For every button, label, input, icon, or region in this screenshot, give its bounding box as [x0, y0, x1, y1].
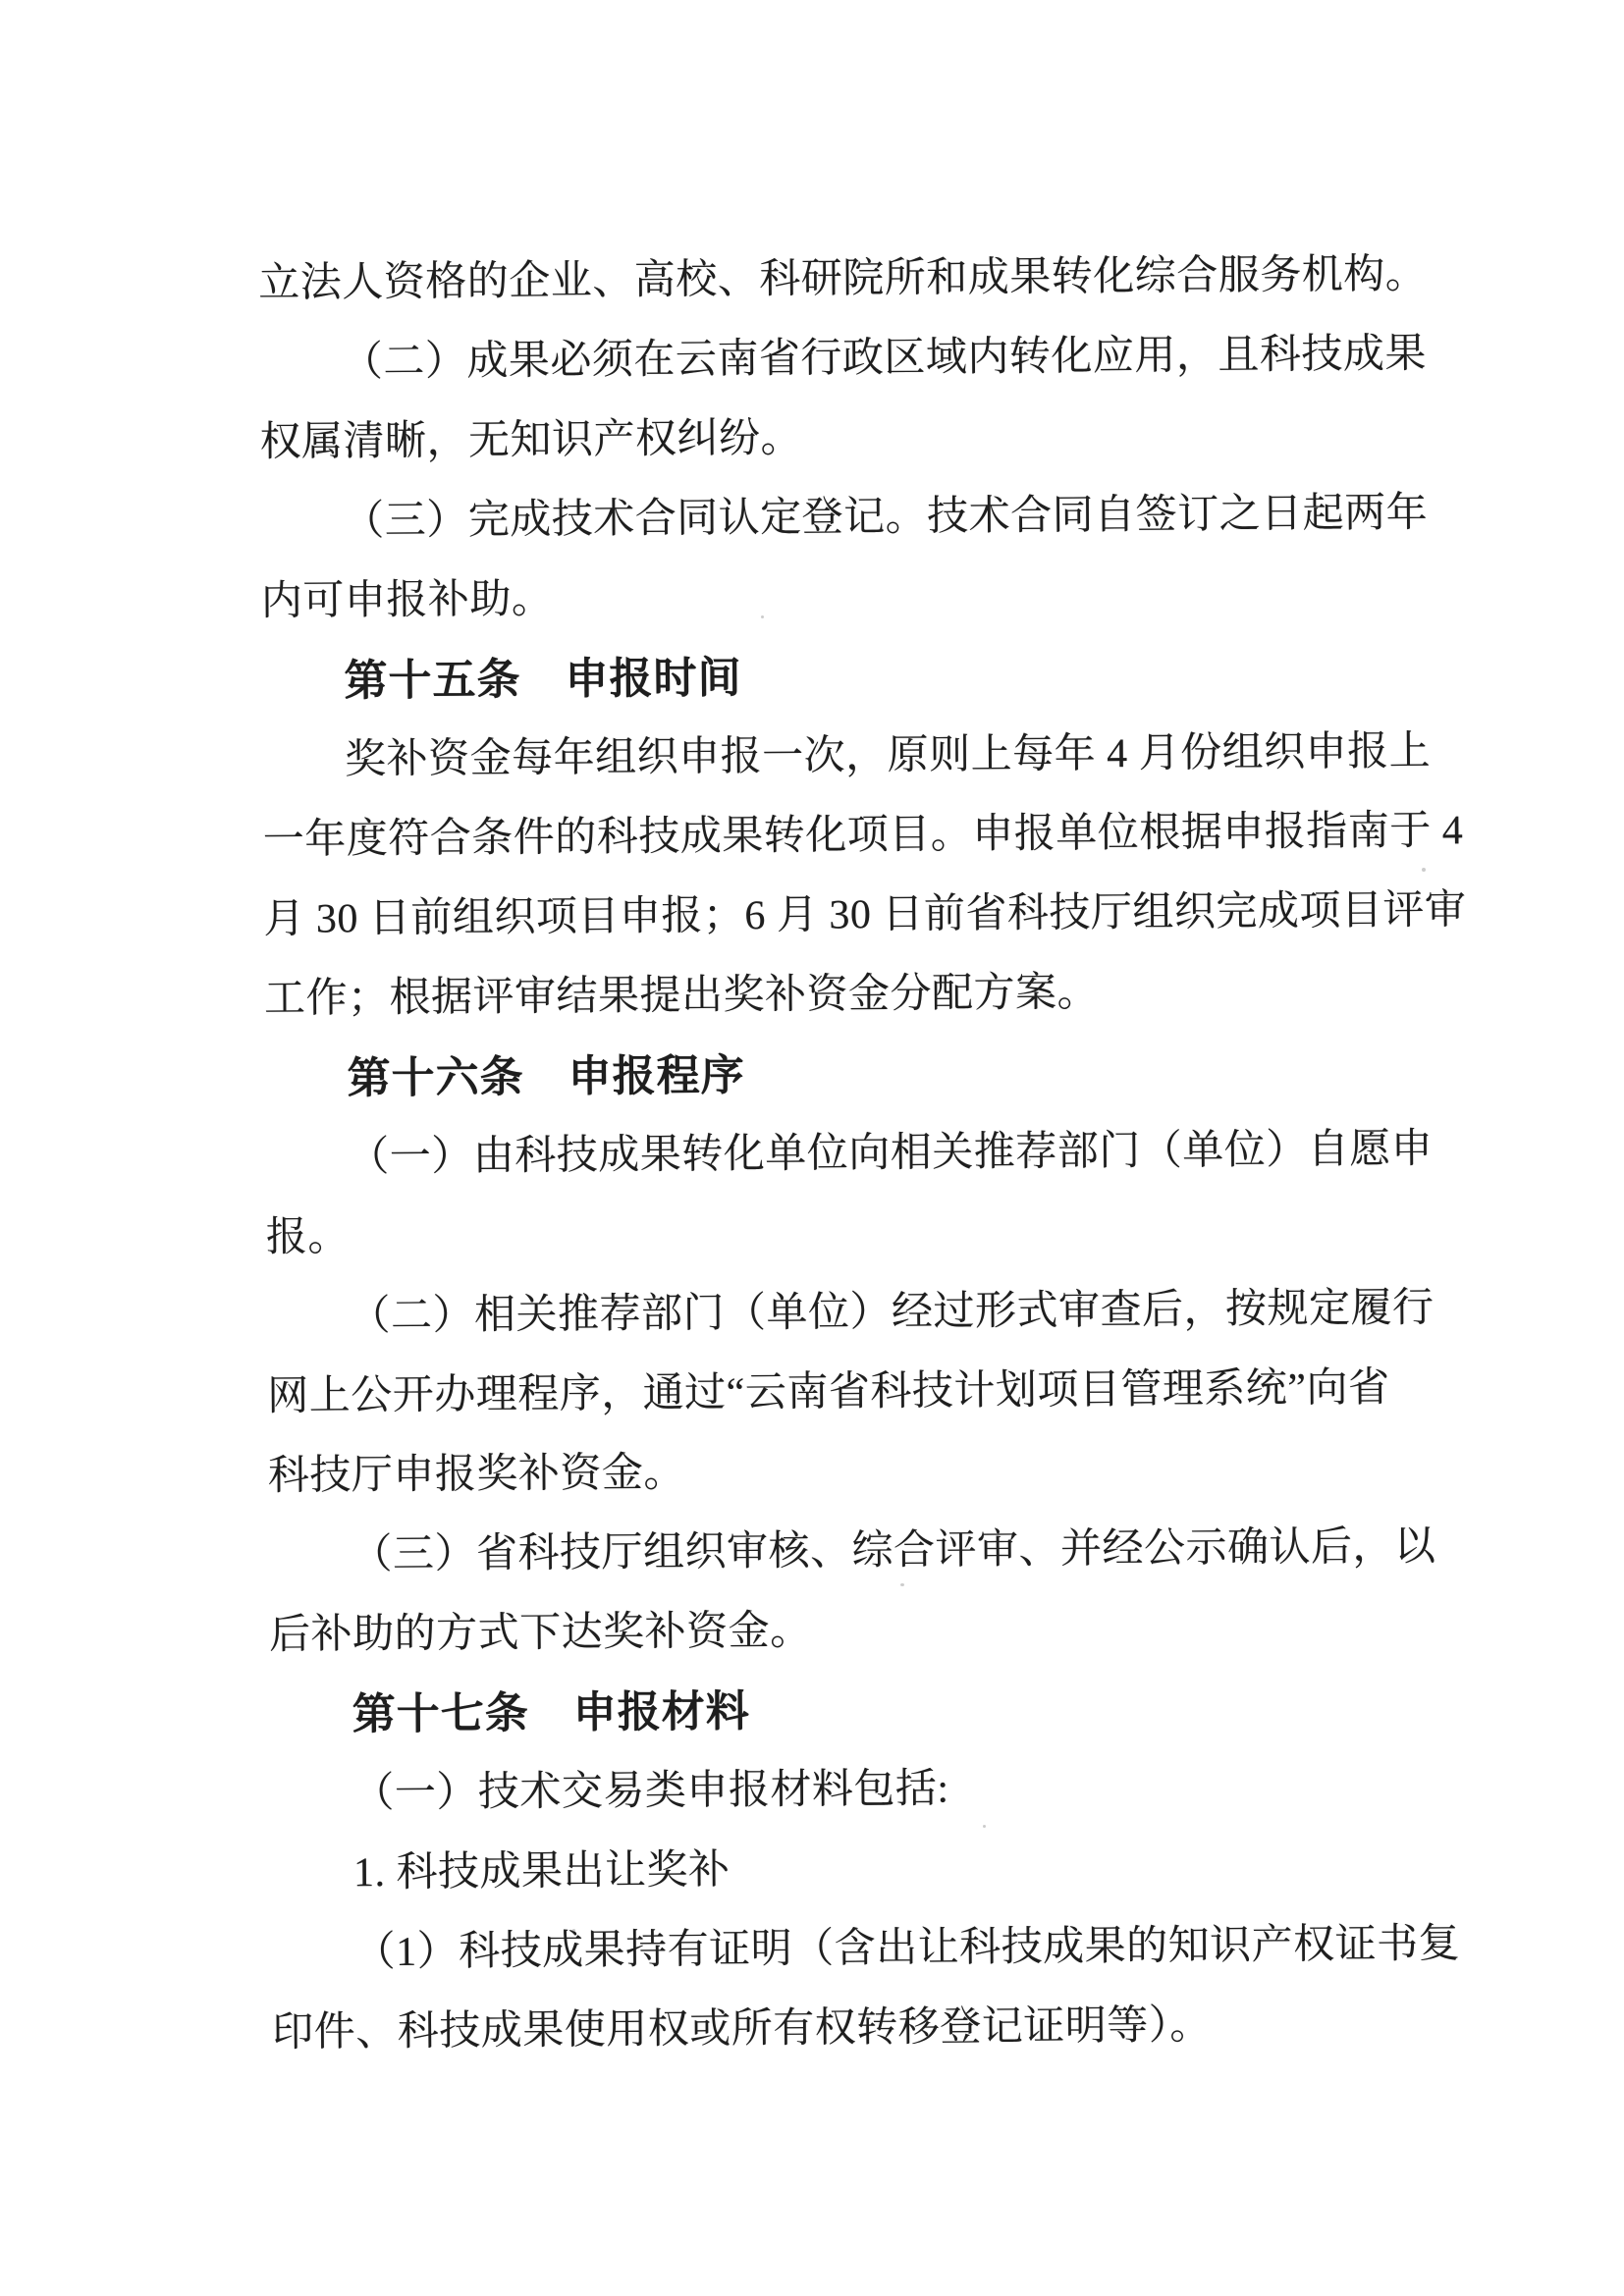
text-line: （二）相关推荐部门（单位）经过形式审查后，按规定履行	[266, 1269, 1421, 1358]
text-line: 一年度符合条件的科技成果转化项目。申报单位根据申报指南于 4	[262, 792, 1417, 881]
text-line: 权属清晰，无知识产权纠纷。	[259, 395, 1414, 483]
scan-speck	[761, 615, 764, 618]
scan-speck	[983, 1825, 986, 1828]
text-line: 工作；根据评审结果提出奖补资金分配方案。	[264, 951, 1419, 1040]
text-line: （1）科技成果持有证明（含出让科技成果的知识产权证书复	[271, 1905, 1426, 1994]
document-page: 立法人资格的企业、高校、科研院所和成果转化综合服务机构。（二）成果必须在云南省行…	[0, 0, 1624, 2296]
text-line: 内可申报补助。	[261, 554, 1416, 642]
text-line: （三）省科技厅组织审核、综合评审、并经公示确认后，以	[268, 1508, 1423, 1596]
text-line: （三）完成技术合同认定登记。技术合同自签订之日起两年	[260, 474, 1415, 562]
text-line: 报。	[266, 1190, 1421, 1278]
text-line: （一）技术交易类申报材料包括:	[270, 1746, 1425, 1835]
text-line: 印件、科技成果使用权或所有权转移登记证明等）。	[272, 1985, 1427, 2073]
text-line: 后补助的方式下达奖补资金。	[269, 1587, 1424, 1676]
text-line: 月 30 日前组织项目申报；6 月 30 日前省科技厅组织完成项目评审	[263, 872, 1418, 960]
article-heading-line: 第十七条 申报材料	[269, 1667, 1424, 1755]
text-line: 科技厅申报奖补资金。	[268, 1428, 1423, 1517]
scan-speck	[1422, 868, 1426, 872]
article-heading-line: 第十五条 申报时间	[261, 633, 1416, 721]
text-line: （二）成果必须在云南省行政区域内转化应用，且科技成果	[259, 315, 1414, 403]
article-heading-line: 第十六条 申报程序	[264, 1031, 1419, 1119]
document-text-block: 立法人资格的企业、高校、科研院所和成果转化综合服务机构。（二）成果必须在云南省行…	[258, 236, 1427, 2073]
scan-speck	[900, 1583, 904, 1586]
text-line: 立法人资格的企业、高校、科研院所和成果转化综合服务机构。	[258, 236, 1413, 324]
scan-speck	[572, 1929, 575, 1932]
scan-speck	[1028, 1158, 1031, 1161]
text-line: 网上公开办理程序，通过“云南省科技计划项目管理系统”向省	[267, 1349, 1422, 1437]
text-line: 1. 科技成果出让奖补	[271, 1826, 1426, 1914]
text-line: （一）由科技成果转化单位向相关推荐部门（单位）自愿申	[265, 1110, 1420, 1199]
text-line: 奖补资金每年组织申报一次，原则上每年 4 月份组织申报上	[262, 713, 1417, 801]
